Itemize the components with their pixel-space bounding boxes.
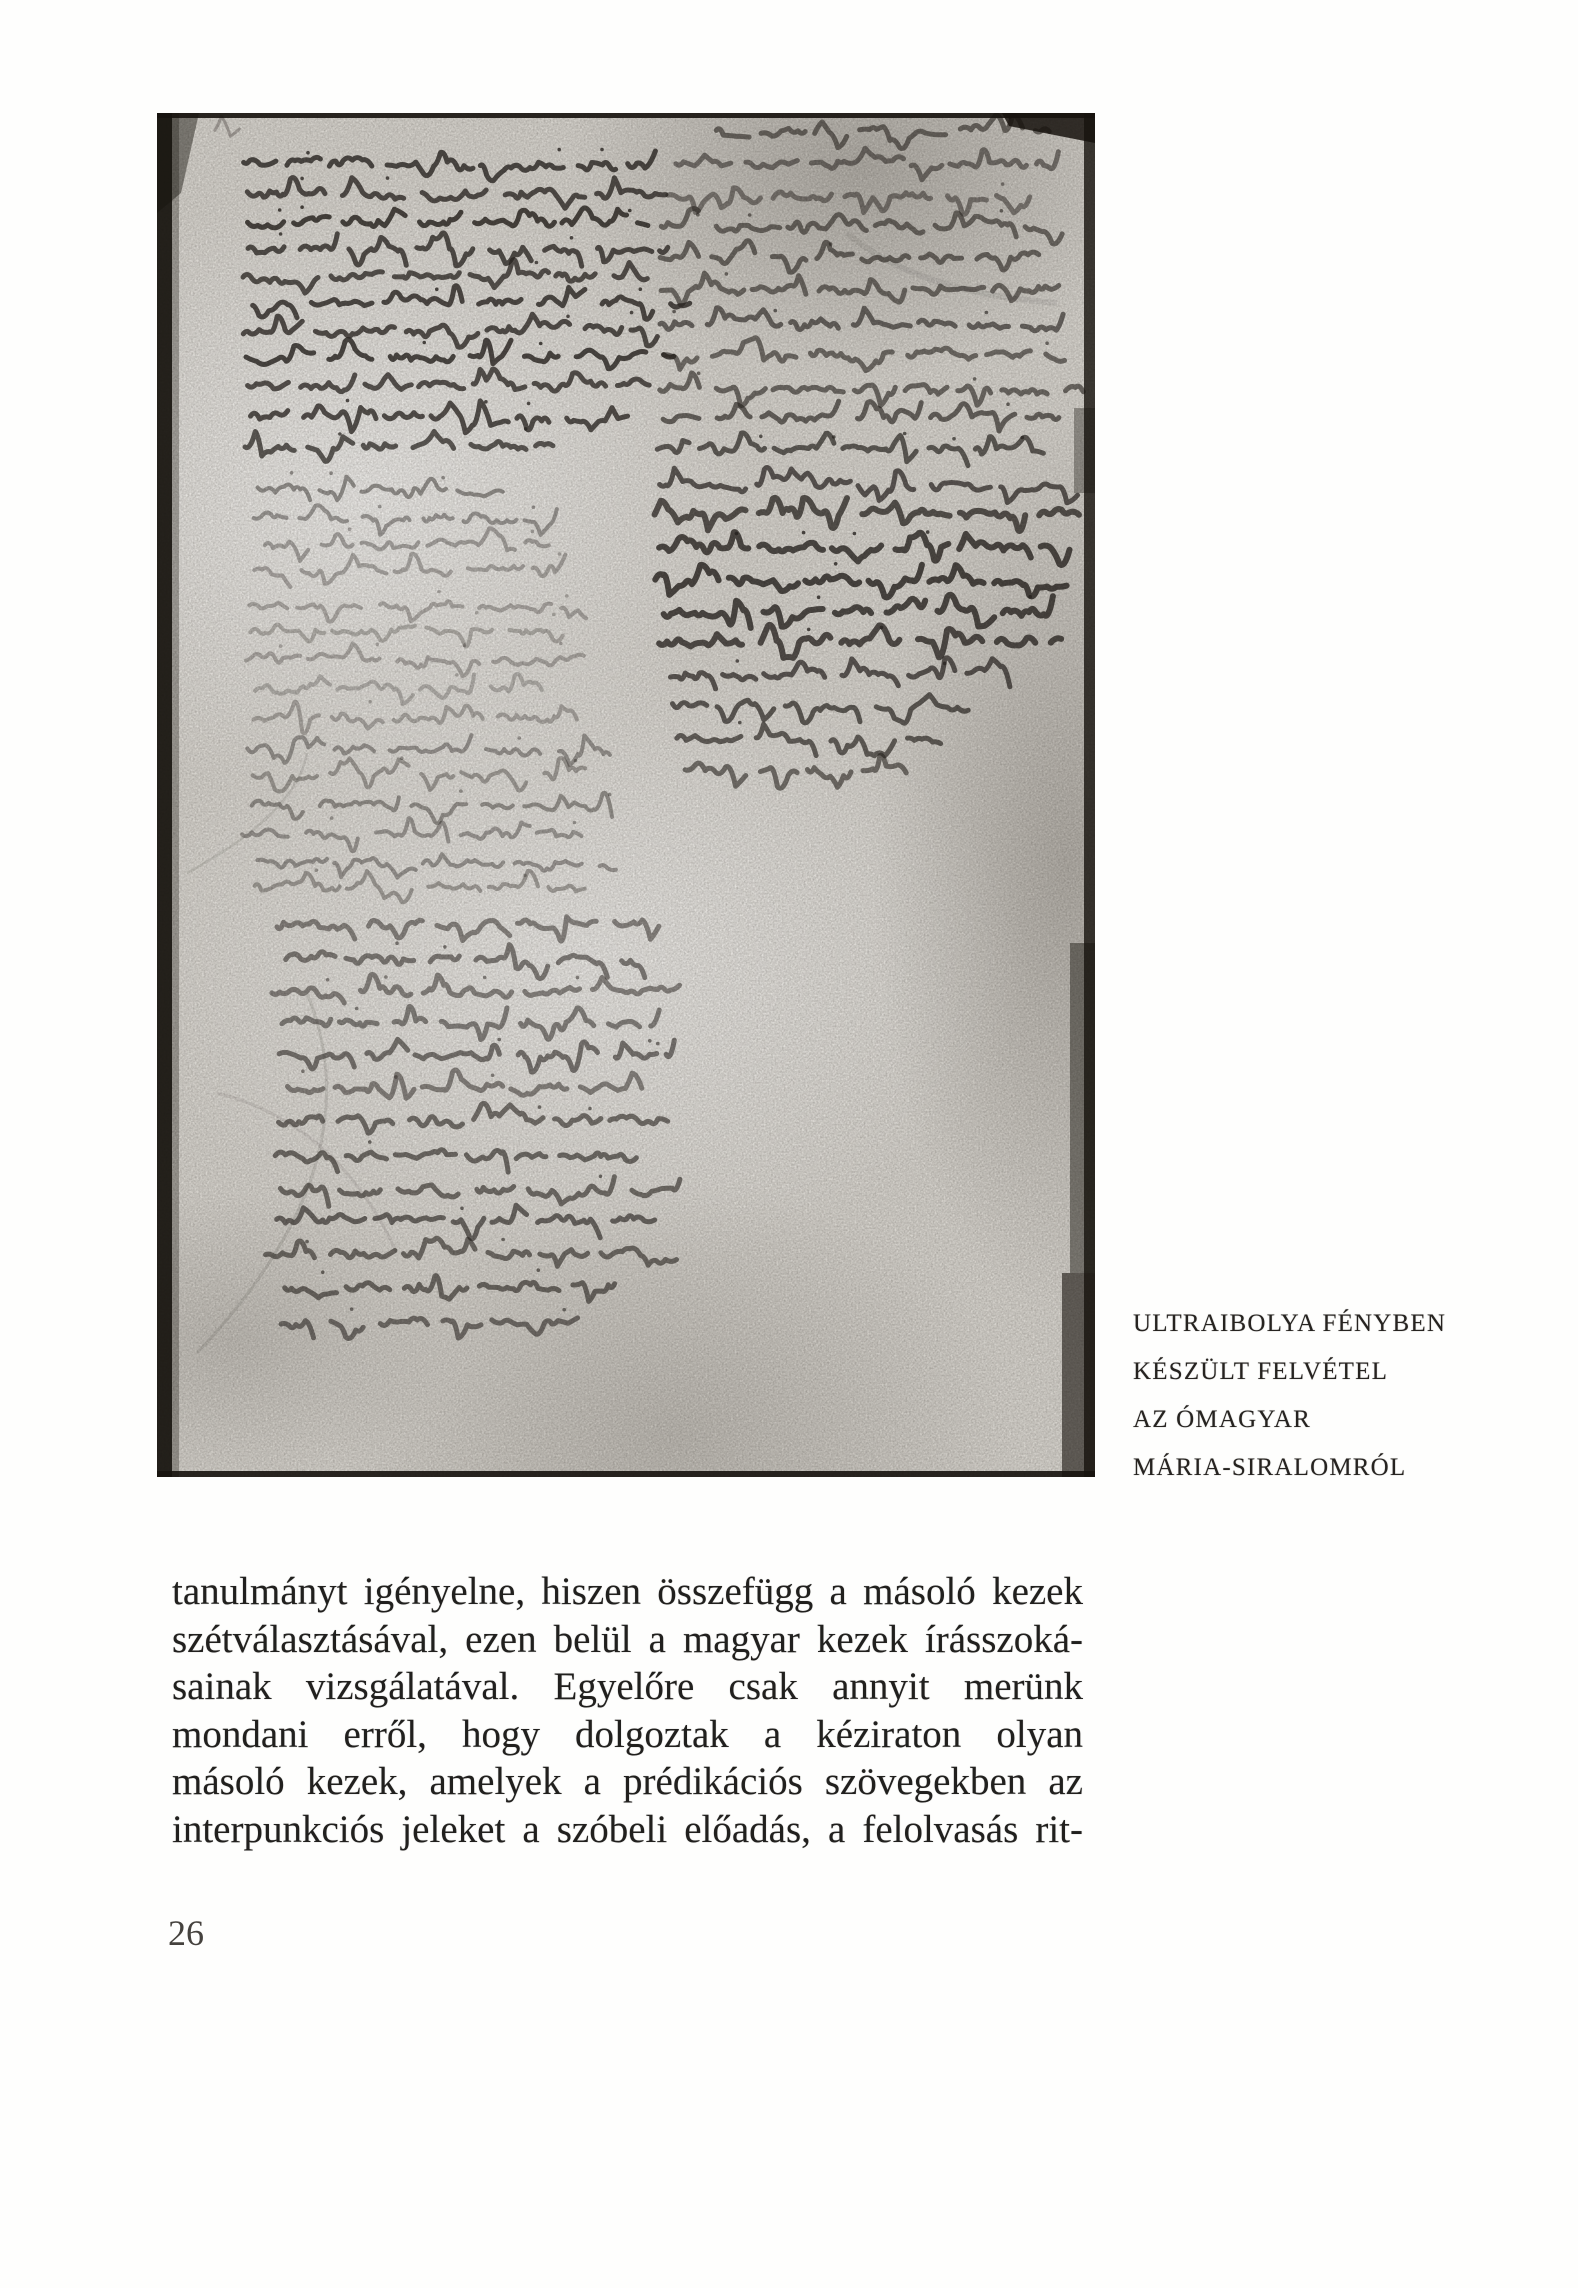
photo-caption: ULTRAIBOLYA FÉNYBEN KÉSZÜLT FELVÉTEL AZ … [1133,1300,1553,1492]
page-number: 26 [168,1912,204,1954]
photo-grain [157,113,1095,1477]
paragraph: tanulmányt igényelne, hiszen összefügg a… [172,1568,1083,1854]
paragraph-line: szétválasztásával, ezen belül a magyar k… [172,1616,1083,1664]
paragraph-line: másoló kezek, amelyek a prédikációs szöv… [172,1758,1083,1806]
caption-line: ULTRAIBOLYA FÉNYBEN [1133,1300,1553,1348]
caption-line: MÁRIA-SIRALOMRÓL [1133,1444,1553,1492]
paragraph-line: tanulmányt igényelne, hiszen összefügg a… [172,1568,1083,1616]
paragraph-line: mondani erről, hogy dolgoztak a kézirato… [172,1711,1083,1759]
manuscript-handwriting [157,113,1095,1477]
book-page: ULTRAIBOLYA FÉNYBEN KÉSZÜLT FELVÉTEL AZ … [0,0,1578,2288]
caption-line: AZ ÓMAGYAR [1133,1396,1553,1444]
paragraph-line: interpunkciós jeleket a szóbeli előadás,… [172,1806,1083,1854]
caption-line: KÉSZÜLT FELVÉTEL [1133,1348,1553,1396]
paragraph-line: sainak vizsgálatával. Egyelőre csak anny… [172,1663,1083,1711]
manuscript-photo [157,113,1095,1477]
